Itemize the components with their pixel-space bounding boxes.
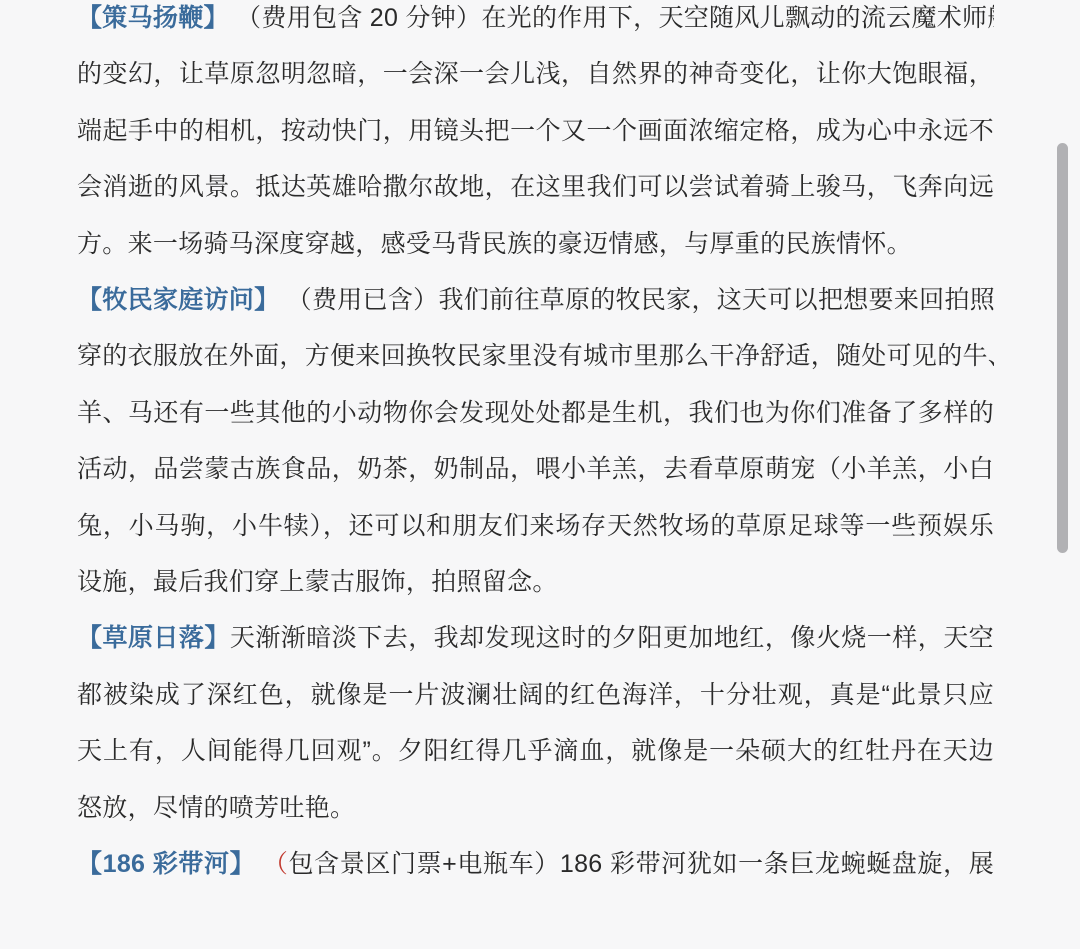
body-text: 端起手中的相机，按动快门，用镜头把一个又一个画面浓缩定格，成为心中永远不 xyxy=(77,117,994,145)
text-line: 【牧民家庭访问】 （费用已含）我们前往草原的牧民家，这天可以把想要来回拍照 xyxy=(77,272,994,328)
paragraph: 【策马扬鞭】 （费用包含 20 分钟）在光的作用下，天空随风儿飘动的流云魔术师般… xyxy=(0,0,1080,272)
text-line: 怒放，尽情的喷芳吐艳。 xyxy=(77,780,994,836)
highlight-paren: （ xyxy=(263,850,289,878)
body-text xyxy=(255,850,263,878)
scrollbar-thumb[interactable] xyxy=(1057,143,1068,553)
text-line: 活动，品尝蒙古族食品，奶茶，奶制品，喂小羊羔，去看草原萌宠（小羊羔，小白 xyxy=(77,441,994,497)
body-text: 天渐渐暗淡下去，我却发现这时的夕阳更加地红，像火烧一样，天空 xyxy=(230,624,994,652)
section-title: 【186 彩带河】 xyxy=(77,850,255,878)
text-line: 方。来一场骑马深度穿越，感受马背民族的豪迈情感，与厚重的民族情怀。 xyxy=(77,216,994,272)
text-line: 设施，最后我们穿上蒙古服饰，拍照留念。 xyxy=(77,554,994,610)
section-title: 【草原日落】 xyxy=(77,624,230,652)
body-text: 羊、马还有一些其他的小动物你会发现处处都是生机，我们也为你们准备了多样的 xyxy=(77,399,994,427)
body-text: （费用已含）我们前往草原的牧民家，这天可以把想要来回拍照 xyxy=(279,286,994,314)
body-text: 穿的衣服放在外面，方便来回换牧民家里没有城市里那么干净舒适，随处可见的牛、 xyxy=(77,342,994,370)
body-text: 会消逝的风景。抵达英雄哈撒尔故地，在这里我们可以尝试着骑上骏马，飞奔向远 xyxy=(77,173,994,201)
body-text: 怒放，尽情的喷芳吐艳。 xyxy=(77,794,355,822)
section-title: 【牧民家庭访问】 xyxy=(77,286,279,314)
text-line: 会消逝的风景。抵达英雄哈撒尔故地，在这里我们可以尝试着骑上骏马，飞奔向远 xyxy=(77,159,994,215)
paragraph: 【牧民家庭访问】 （费用已含）我们前往草原的牧民家，这天可以把想要来回拍照穿的衣… xyxy=(0,272,1080,610)
text-line: 【策马扬鞭】 （费用包含 20 分钟）在光的作用下，天空随风儿飘动的流云魔术师般 xyxy=(77,0,994,46)
text-line: 兔，小马驹，小牛犊），还可以和朋友们来场存天然牧场的草原足球等一些预娱乐 xyxy=(77,498,994,554)
paragraph: 【186 彩带河】 （包含景区门票+电瓶车）186 彩带河犹如一条巨龙蜿蜒盘旋，… xyxy=(0,836,1080,892)
text-line: 【草原日落】天渐渐暗淡下去，我却发现这时的夕阳更加地红，像火烧一样，天空 xyxy=(77,610,994,666)
body-text: 方。来一场骑马深度穿越，感受马背民族的豪迈情感，与厚重的民族情怀。 xyxy=(77,230,912,258)
section-title: 【策马扬鞭】 xyxy=(77,4,229,32)
text-line: 端起手中的相机，按动快门，用镜头把一个又一个画面浓缩定格，成为心中永远不 xyxy=(77,103,994,159)
text-line: 羊、马还有一些其他的小动物你会发现处处都是生机，我们也为你们准备了多样的 xyxy=(77,385,994,441)
body-text: 设施，最后我们穿上蒙古服饰，拍照留念。 xyxy=(77,568,558,596)
paragraph: 【草原日落】天渐渐暗淡下去，我却发现这时的夕阳更加地红，像火烧一样，天空都被染成… xyxy=(0,610,1080,836)
body-text: 包含景区门票+电瓶车）186 彩带河犹如一条巨龙蜿蜒盘旋，展 xyxy=(288,850,994,878)
text-line: 穿的衣服放在外面，方便来回换牧民家里没有城市里那么干净舒适，随处可见的牛、 xyxy=(77,328,994,384)
text-line: 天上有，人间能得几回观”。夕阳红得几乎滴血，就像是一朵硕大的红牡丹在天边 xyxy=(77,723,994,779)
body-text: 天上有，人间能得几回观”。夕阳红得几乎滴血，就像是一朵硕大的红牡丹在天边 xyxy=(77,737,994,765)
body-text: 兔，小马驹，小牛犊），还可以和朋友们来场存天然牧场的草原足球等一些预娱乐 xyxy=(77,512,994,540)
document-page: 【策马扬鞭】 （费用包含 20 分钟）在光的作用下，天空随风儿飘动的流云魔术师般… xyxy=(0,0,1080,949)
text-content: 【策马扬鞭】 （费用包含 20 分钟）在光的作用下，天空随风儿飘动的流云魔术师般… xyxy=(0,0,1080,893)
text-line: 的变幻，让草原忽明忽暗，一会深一会儿浅，自然界的神奇变化，让你大饱眼福， xyxy=(77,46,994,102)
text-line: 【186 彩带河】 （包含景区门票+电瓶车）186 彩带河犹如一条巨龙蜿蜒盘旋，… xyxy=(77,836,994,892)
body-text: （费用包含 20 分钟）在光的作用下，天空随风儿飘动的流云魔术师般 xyxy=(229,4,994,32)
text-line: 都被染成了深红色，就像是一片波澜壮阔的红色海洋，十分壮观，真是“此景只应 xyxy=(77,667,994,723)
body-text: 的变幻，让草原忽明忽暗，一会深一会儿浅，自然界的神奇变化，让你大饱眼福， xyxy=(77,60,994,88)
body-text: 都被染成了深红色，就像是一片波澜壮阔的红色海洋，十分壮观，真是“此景只应 xyxy=(77,681,994,709)
body-text: 活动，品尝蒙古族食品，奶茶，奶制品，喂小羊羔，去看草原萌宠（小羊羔，小白 xyxy=(77,455,994,483)
